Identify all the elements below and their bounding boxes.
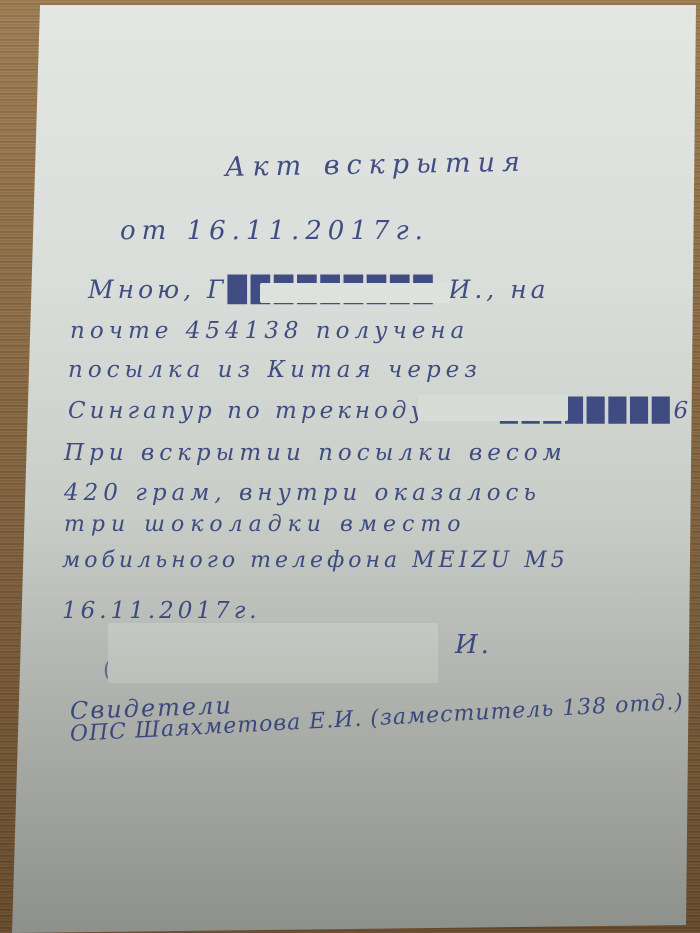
body-line-8: мобильного телефона MEIZU M5 — [62, 548, 569, 573]
body-line-6: 420 грам, внутри оказалось — [64, 480, 541, 506]
body-line-4: Сингапур по трекноду RB3████████6 SG. — [68, 398, 700, 424]
document-title: Акт вскрытия — [225, 147, 527, 183]
body-line-7: три шоколадки вместо — [64, 512, 466, 537]
document-date: от 16.11.2017г. — [120, 216, 429, 246]
body-line-9-date: 16.11.2017г. — [62, 598, 261, 624]
body-line-5: При вскрытии посылки весом — [64, 440, 567, 466]
body-line-2: почте 454138 получена — [70, 318, 469, 344]
signature-initial: И. — [455, 630, 492, 660]
redaction-tracking-number — [418, 395, 568, 421]
redaction-surname — [260, 283, 450, 303]
redaction-signature-block — [108, 623, 438, 683]
paper-sheet — [0, 0, 700, 933]
body-line-3: посылка из Китая через — [68, 357, 482, 383]
